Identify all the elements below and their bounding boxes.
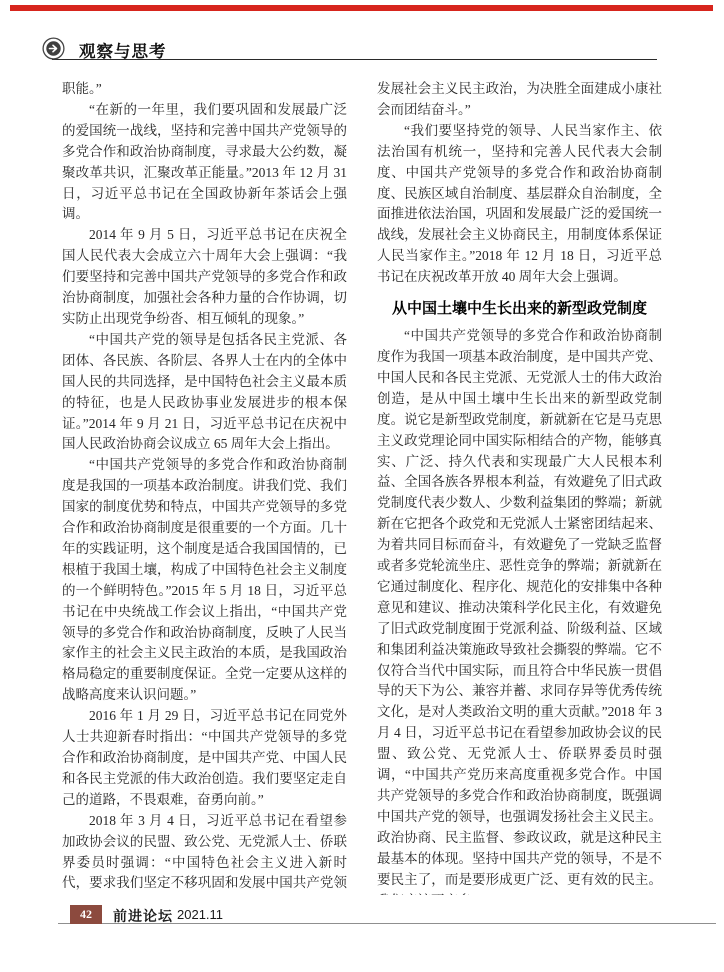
paragraph: 2014 年 9 月 5 日，习近平总书记在庆祝全国人民代表大会成立六十周年大会… — [62, 225, 347, 330]
magazine-page: 观察与思考 职能。” “在新的一年里，我们要巩固和发展最广泛的爱国统一战线，坚持… — [0, 0, 724, 972]
paragraph: 2018 年 3 月 4 日，习近平总书记在看望参加政协会议的民盟、致公党、无党… — [62, 811, 347, 895]
paragraph: 发展社会主义民主政治，为决胜全面建成小康社会而团结奋斗。” — [377, 79, 662, 121]
page-number-badge: 42 — [70, 905, 102, 924]
paragraph: 职能。” — [62, 79, 347, 100]
journal-issue: 2021.11 — [177, 907, 223, 922]
paragraph: “我们要坚持党的领导、人民当家作主、依法治国有机统一，坚持和完善人民代表大会制度… — [377, 121, 662, 288]
circle-arrow-right-icon — [42, 37, 65, 60]
paragraph: “中国共产党领导的多党合作和政治协商制度作为我国一项基本政治制度，是中国共产党、… — [377, 326, 662, 895]
paragraph: 2016 年 1 月 29 日，习近平总书记在同党外人士共迎新春时指出：“中国共… — [62, 706, 347, 811]
page-header: 观察与思考 — [0, 0, 724, 70]
paragraph: “中国共产党的领导是包括各民主党派、各团体、各民族、各阶层、各界人士在内的全体中… — [62, 330, 347, 455]
journal-name: 前进论坛 — [113, 906, 173, 926]
paragraph: “中国共产党领导的多党合作和政治协商制度是我国的一项基本政治制度。讲我们党、我们… — [62, 455, 347, 706]
left-column: 职能。” “在新的一年里，我们要巩固和发展最广泛的爱国统一战线，坚持和完善中国共… — [62, 79, 347, 895]
section-title: 观察与思考 — [79, 38, 167, 62]
article-section-heading: 从中国土壤中生长出来的新型政党制度 — [377, 298, 662, 320]
right-column: 发展社会主义民主政治，为决胜全面建成小康社会而团结奋斗。” “我们要坚持党的领导… — [377, 79, 662, 895]
paragraph: “在新的一年里，我们要巩固和发展最广泛的爱国统一战线，坚持和完善中国共产党领导的… — [62, 100, 347, 225]
